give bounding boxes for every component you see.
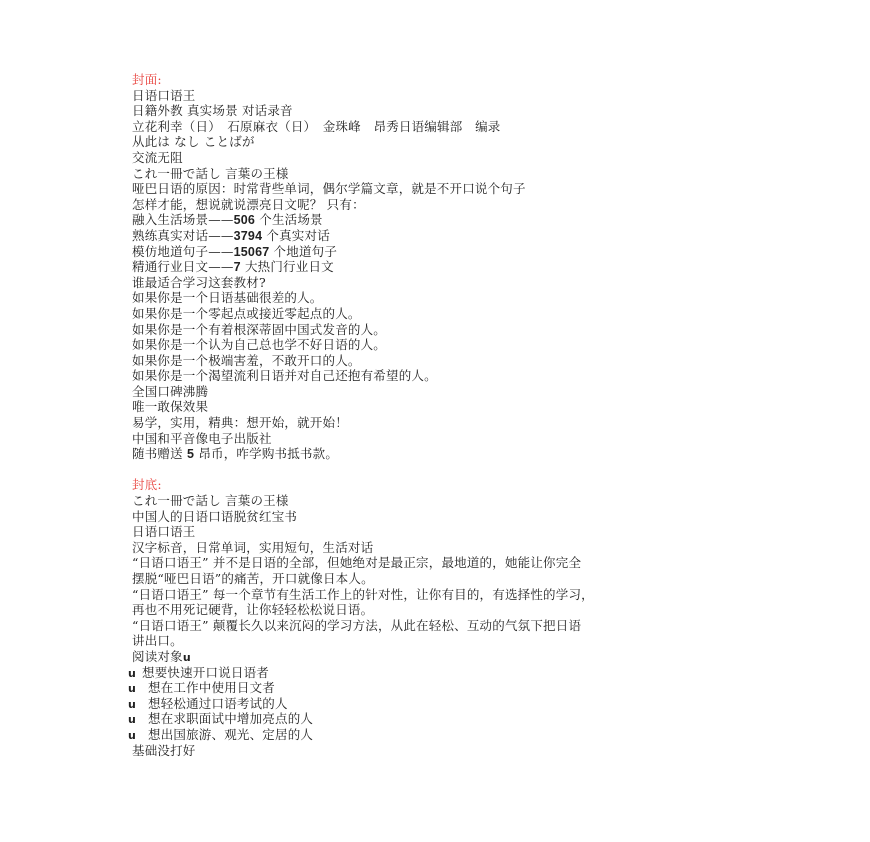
text-line: 基础没打好 bbox=[132, 743, 732, 759]
gift-line: 随书赠送 5 昂币，咋学购书抵书款。 bbox=[132, 446, 732, 462]
text-line: “日语口语王” 颠覆长久以来沉闷的学习方法，从此在轻松、互动的气氛下把日语 bbox=[132, 618, 732, 634]
feature-line: 熟练真实对话——3794 个真实对话 bbox=[132, 228, 732, 244]
text-line: 从此は なし ことばが bbox=[132, 134, 732, 150]
back-cover-heading: 封底: bbox=[132, 477, 732, 493]
audience-line: 如果你是一个零起点或接近零起点的人。 bbox=[132, 306, 732, 322]
closing-line: 唯一敢保效果 bbox=[132, 399, 732, 415]
bullet-icon: u bbox=[128, 712, 148, 728]
text-line: 日语口语王 bbox=[132, 524, 732, 540]
reader-item: u想要快速开口说日语者 bbox=[128, 665, 732, 681]
bullet-icon: u bbox=[128, 697, 148, 713]
reader-item-text: 想要快速开口说日语者 bbox=[142, 665, 269, 680]
text-line: 交流无阻 bbox=[132, 150, 732, 166]
text-line: “日语口语王” 每一个章节有生活工作上的针对性，让你有目的，有选择性的学习， bbox=[132, 587, 732, 603]
text-line: 立花利幸（日） 石原麻衣（日） 金珠峰 昂秀日语编辑部 编录 bbox=[132, 119, 732, 135]
gift-prefix: 随书赠送 bbox=[132, 446, 187, 461]
reader-item: u想轻松通过口语考试的人 bbox=[128, 696, 732, 712]
reader-item-text: 想在工作中使用日文者 bbox=[148, 680, 275, 695]
feature-line: 融入生活场景——506 个生活场景 bbox=[132, 212, 732, 228]
audience-line: 如果你是一个极端害羞，不敢开口的人。 bbox=[132, 353, 732, 369]
bullet-icon: u bbox=[128, 666, 142, 682]
text-line: 讲出口。 bbox=[132, 633, 732, 649]
text-line: これ一冊で話し 言葉の王様 bbox=[132, 166, 732, 182]
feature-number: 7 bbox=[234, 260, 241, 274]
reader-item-text: 想出国旅游、观光、定居的人 bbox=[148, 727, 313, 742]
text-line: “日语口语王” 并不是日语的全部，但她绝对是最正宗，最地道的，她能让你完全 bbox=[132, 555, 732, 571]
audience-line: 如果你是一个日语基础很差的人。 bbox=[132, 290, 732, 306]
text-line: 再也不用死记硬背，让你轻轻松松说日语。 bbox=[132, 602, 732, 618]
reader-item: u想在工作中使用日文者 bbox=[128, 680, 732, 696]
bullet-icon: u bbox=[183, 650, 197, 666]
closing-line: 易学，实用，精典：想开始，就开始！ bbox=[132, 415, 732, 431]
section-gap bbox=[132, 462, 732, 478]
text-line: 摆脱“哑巴日语”的痛苦，开口就像日本人。 bbox=[132, 571, 732, 587]
audience-question: 谁最适合学习这套教材? bbox=[132, 275, 732, 291]
publisher-line: 中国和平音像电子出版社 bbox=[132, 431, 732, 447]
text-line: 日籍外教 真实场景 对话录音 bbox=[132, 103, 732, 119]
feature-label: 融入生活场景—— bbox=[132, 212, 234, 227]
reader-item: u想出国旅游、观光、定居的人 bbox=[128, 727, 732, 743]
reader-item-text: 想轻松通过口语考试的人 bbox=[148, 696, 288, 711]
text-line: 汉字标音，日常单词，实用短句，生活对话 bbox=[132, 540, 732, 556]
text-line: 哑巴日语的原因：时常背些单词，偶尔学篇文章，就是不开口说个句子 bbox=[132, 181, 732, 197]
reader-item-text: 想在求职面试中增加亮点的人 bbox=[148, 711, 313, 726]
feature-label: 熟练真实对话—— bbox=[132, 228, 234, 243]
feature-line: 精通行业日文——7 大热门行业日文 bbox=[132, 259, 732, 275]
reader-item: u想在求职面试中增加亮点的人 bbox=[128, 711, 732, 727]
readers-label-line: 阅读对象u bbox=[132, 649, 732, 665]
feature-number: 506 bbox=[234, 213, 255, 227]
front-cover-heading: 封面: bbox=[132, 72, 732, 88]
text-line: 中国人的日语口语脱贫红宝书 bbox=[132, 509, 732, 525]
feature-label: 模仿地道句子—— bbox=[132, 244, 234, 259]
document-page: 封面: 日语口语王 日籍外教 真实场景 对话录音 立花利幸（日） 石原麻衣（日）… bbox=[132, 72, 732, 758]
text-line: 日语口语王 bbox=[132, 88, 732, 104]
bullet-icon: u bbox=[128, 681, 148, 697]
bullet-icon: u bbox=[128, 728, 148, 744]
feature-number: 15067 bbox=[234, 245, 270, 259]
gift-suffix: 昂币，咋学购书抵书款。 bbox=[194, 446, 338, 461]
feature-suffix: 个生活场景 bbox=[255, 212, 323, 227]
text-line: これ一冊で話し 言葉の王様 bbox=[132, 493, 732, 509]
audience-line: 如果你是一个认为自己总也学不好日语的人。 bbox=[132, 337, 732, 353]
closing-line: 全国口碑沸腾 bbox=[132, 384, 732, 400]
feature-number: 3794 bbox=[234, 229, 263, 243]
feature-suffix: 大热门行业日文 bbox=[241, 259, 334, 274]
audience-line: 如果你是一个渴望流利日语并对自己还抱有希望的人。 bbox=[132, 368, 732, 384]
feature-line: 模仿地道句子——15067 个地道句子 bbox=[132, 244, 732, 260]
feature-suffix: 个地道句子 bbox=[269, 244, 337, 259]
feature-label: 精通行业日文—— bbox=[132, 259, 234, 274]
text-line: 怎样才能，想说就说漂亮日文呢？ 只有： bbox=[132, 197, 732, 213]
audience-line: 如果你是一个有着根深蒂固中国式发音的人。 bbox=[132, 322, 732, 338]
feature-suffix: 个真实对话 bbox=[262, 228, 330, 243]
readers-label: 阅读对象 bbox=[132, 649, 183, 664]
